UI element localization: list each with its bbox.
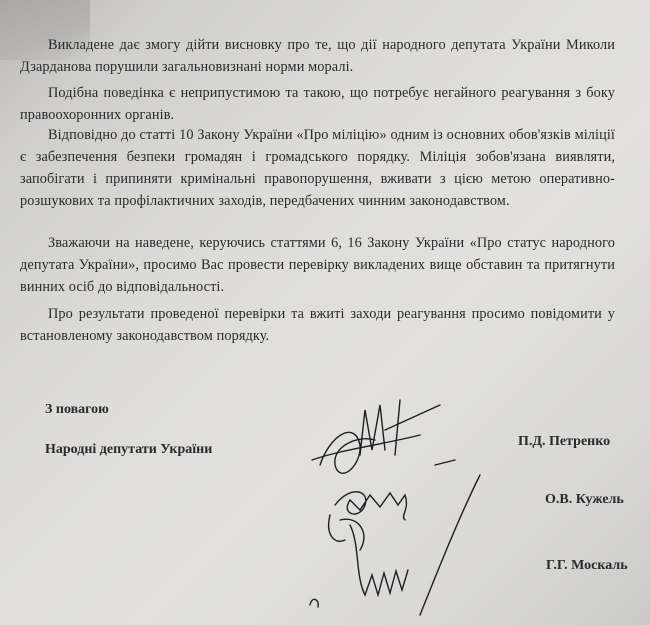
paragraph-unacceptable-behavior: Подібна поведінка є неприпустимою та так… [20, 82, 615, 126]
paragraph-conclusion: Викладене дає змогу дійти висновку про т… [20, 34, 615, 78]
paragraph-request: Зважаючи на наведене, керуючись статтями… [20, 232, 615, 298]
signer-kuzhel: О.В. Кужель [545, 492, 624, 508]
letter-page: Викладене дає змогу дійти висновку про т… [0, 0, 650, 625]
paragraph-police-law: Відповідно до статті 10 Закону України «… [20, 124, 615, 212]
handwritten-signatures [300, 395, 550, 625]
paragraph-report-results: Про результати проведеної перевірки та в… [20, 303, 615, 347]
signatory-title: Народні депутати України [45, 442, 212, 458]
signer-moskal: Г.Г. Москаль [546, 558, 628, 574]
signer-petrenko: П.Д. Петренко [518, 434, 610, 450]
closing-regards: З повагою [45, 402, 109, 418]
